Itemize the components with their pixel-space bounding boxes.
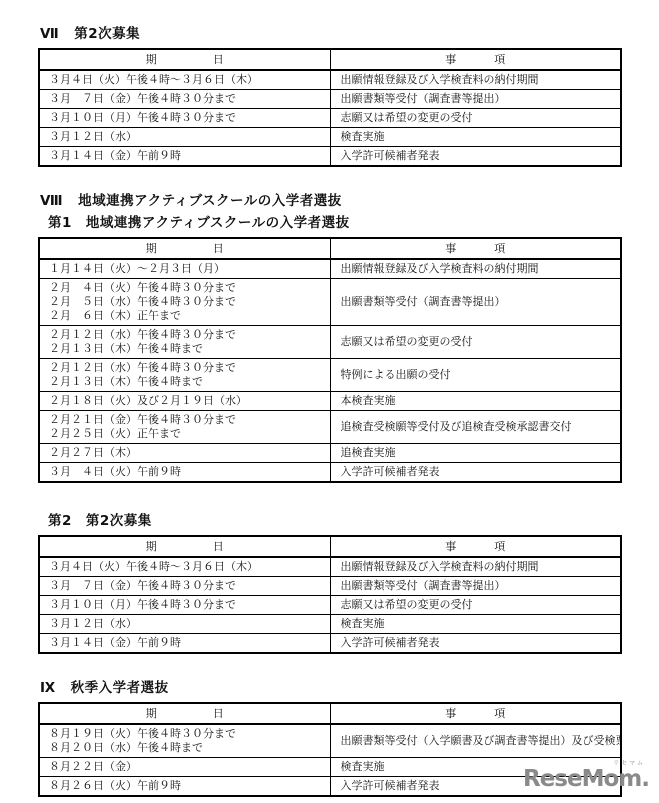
header-char: 日: [213, 540, 224, 554]
date-line: ８月２６日（火）午前９時: [49, 779, 326, 793]
page: Ⅶ第2次募集期日事項３月４日（火）午後４時～３月６日（木）出願情報登録及び入学検…: [0, 0, 659, 803]
date-cell: ２月２７日（木）: [39, 444, 330, 463]
item-cell: 本検査実施: [330, 392, 621, 411]
section-numeral: Ⅸ: [40, 680, 56, 696]
item-header-text: 事項: [331, 707, 621, 721]
header-char: 項: [494, 53, 505, 67]
table-row: ３月１０日（月）午後４時３０分まで志願又は希望の変更の受付: [39, 596, 621, 615]
item-cell: 出願情報登録及び入学検査料の納付期間: [330, 259, 621, 279]
resemom-logo: リセマム ReseMom.: [523, 761, 649, 791]
date-column-header: 期日: [39, 703, 330, 724]
date-header-text: 期日: [40, 707, 330, 721]
item-cell: 特例による出願の受付: [330, 359, 621, 392]
item-cell: 出願書類等受付（調査書等提出）: [330, 279, 621, 326]
date-line: ２月２５日（火）正午まで: [49, 427, 326, 441]
date-cell: １月１４日（火）～２月３日（月）: [39, 259, 330, 279]
item-cell: 入学許可候補者発表: [330, 147, 621, 167]
sub-heading: 第2第2次募集: [48, 513, 622, 529]
item-column-header: 事項: [330, 238, 621, 259]
date-line: ８月１９日（火）午後４時３０分まで: [49, 727, 326, 741]
date-line: ３月１４日（金）午前９時: [49, 636, 326, 650]
table-row: ８月１９日（火）午後４時３０分まで８月２０日（水）午後４時まで出願書類等受付（入…: [39, 724, 621, 758]
date-line: ３月 ７日（金）午後４時３０分まで: [49, 579, 326, 593]
item-cell: 検査実施: [330, 128, 621, 147]
item-cell: 追検査受検願等受付及び追検査受検承認書交付: [330, 411, 621, 444]
header-row: 期日事項: [39, 49, 621, 70]
date-header-text: 期日: [40, 53, 330, 67]
date-cell: ３月１０日（月）午後４時３０分まで: [39, 109, 330, 128]
table-row: ２月 ４日（火）午後４時３０分まで２月 ５日（水）午後４時３０分まで２月 ６日（…: [39, 279, 621, 326]
date-line: ３月４日（火）午後４時～３月６日（木）: [49, 560, 326, 574]
table-row: ３月４日（火）午後４時～３月６日（木）出願情報登録及び入学検査料の納付期間: [39, 557, 621, 577]
header-char: 項: [494, 707, 505, 721]
header-char: 日: [213, 707, 224, 721]
schedule-table: 期日事項１月１４日（火）～２月３日（月）出願情報登録及び入学検査料の納付期間２月…: [38, 237, 622, 483]
section-title: 第2次募集: [74, 26, 140, 42]
sub-heading: 第1地域連携アクティブスクールの入学者選抜: [48, 215, 622, 231]
sub-heading-label: 第2: [48, 513, 72, 529]
date-header-text: 期日: [40, 242, 330, 256]
date-cell: ２月２１日（金）午後４時３０分まで２月２５日（火）正午まで: [39, 411, 330, 444]
date-line: ２月１２日（水）午後４時３０分まで: [49, 361, 326, 375]
date-line: ３月 ７日（金）午後４時３０分まで: [49, 92, 326, 106]
header-char: 日: [213, 242, 224, 256]
logo-wordmark: ReseMom.: [523, 768, 649, 791]
table-row: ３月１２日（水）検査実施: [39, 615, 621, 634]
item-cell: 入学許可候補者発表: [330, 463, 621, 483]
table-row: ３月４日（火）午後４時～３月６日（木）出願情報登録及び入学検査料の納付期間: [39, 70, 621, 90]
table-row: ２月１８日（火）及び２月１９日（水）本検査実施: [39, 392, 621, 411]
date-cell: ２月 ４日（火）午後４時３０分まで２月 ５日（水）午後４時３０分まで２月 ６日（…: [39, 279, 330, 326]
item-cell: 検査実施: [330, 615, 621, 634]
item-cell: 志願又は希望の変更の受付: [330, 596, 621, 615]
date-header-text: 期日: [40, 540, 330, 554]
table-row: ３月１２日（水）検査実施: [39, 128, 621, 147]
item-cell: 志願又は希望の変更の受付: [330, 326, 621, 359]
section-numeral: Ⅶ: [40, 26, 59, 42]
date-cell: ３月１０日（月）午後４時３０分まで: [39, 596, 330, 615]
table-row: ２月２７日（木）追検査実施: [39, 444, 621, 463]
item-column-header: 事項: [330, 49, 621, 70]
table-row: ３月 ４日（火）午前９時入学許可候補者発表: [39, 463, 621, 483]
date-cell: ３月４日（火）午後４時～３月６日（木）: [39, 557, 330, 577]
date-line: ２月１２日（水）午後４時３０分まで: [49, 328, 326, 342]
date-line: ３月１０日（月）午後４時３０分まで: [49, 111, 326, 125]
schedule-table-head: 期日事項: [39, 238, 621, 259]
item-header-text: 事項: [331, 242, 621, 256]
table-row: ２月１２日（水）午後４時３０分まで２月１３日（木）午後４時まで志願又は希望の変更…: [39, 326, 621, 359]
table-row: ３月 ７日（金）午後４時３０分まで出願書類等受付（調査書等提出）: [39, 90, 621, 109]
date-line: ２月 ６日（木）正午まで: [49, 309, 326, 323]
schedule-table-body: ３月４日（火）午後４時～３月６日（木）出願情報登録及び入学検査料の納付期間３月 …: [39, 70, 621, 166]
schedule-table-head: 期日事項: [39, 703, 621, 724]
schedule-table-head: 期日事項: [39, 536, 621, 557]
date-line: ３月１４日（金）午前９時: [49, 149, 326, 163]
table-row: ２月１２日（水）午後４時３０分まで２月１３日（木）午後４時まで特例による出願の受…: [39, 359, 621, 392]
section-heading: Ⅸ秋季入学者選抜: [40, 680, 622, 696]
item-cell: 入学許可候補者発表: [330, 634, 621, 654]
date-column-header: 期日: [39, 49, 330, 70]
item-header-text: 事項: [331, 53, 621, 67]
sub-heading-title: 地域連携アクティブスクールの入学者選抜: [86, 215, 350, 231]
header-char: 事: [445, 242, 456, 256]
item-cell: 出願書類等受付（調査書等提出）: [330, 577, 621, 596]
schedule-table-head: 期日事項: [39, 49, 621, 70]
header-char: 期: [146, 53, 157, 67]
table-row: １月１４日（火）～２月３日（月）出願情報登録及び入学検査料の納付期間: [39, 259, 621, 279]
schedule-table: 期日事項３月４日（火）午後４時～３月６日（木）出願情報登録及び入学検査料の納付期…: [38, 48, 622, 167]
section-title: 秋季入学者選抜: [71, 680, 169, 696]
date-cell: ８月２６日（火）午前９時: [39, 777, 330, 797]
header-char: 期: [146, 707, 157, 721]
date-cell: ３月 ７日（金）午後４時３０分まで: [39, 90, 330, 109]
date-cell: ３月４日（火）午後４時～３月６日（木）: [39, 70, 330, 90]
date-column-header: 期日: [39, 536, 330, 557]
header-row: 期日事項: [39, 536, 621, 557]
date-line: １月１４日（火）～２月３日（月）: [49, 262, 326, 276]
date-cell: ３月１４日（金）午前９時: [39, 147, 330, 167]
date-line: ３月４日（火）午後４時～３月６日（木）: [49, 73, 326, 87]
item-column-header: 事項: [330, 703, 621, 724]
schedule-table-body: ３月４日（火）午後４時～３月６日（木）出願情報登録及び入学検査料の納付期間３月 …: [39, 557, 621, 653]
section-heading: Ⅷ地域連携アクティブスクールの入学者選抜: [40, 193, 622, 209]
date-cell: ２月１８日（火）及び２月１９日（水）: [39, 392, 330, 411]
date-line: ２月１３日（木）午後４時まで: [49, 342, 326, 356]
date-cell: ３月１２日（水）: [39, 615, 330, 634]
item-cell: 志願又は希望の変更の受付: [330, 109, 621, 128]
table-row: ３月１４日（金）午前９時入学許可候補者発表: [39, 147, 621, 167]
date-line: ３月１２日（水）: [49, 617, 326, 631]
header-row: 期日事項: [39, 703, 621, 724]
section-numeral: Ⅷ: [40, 193, 63, 209]
date-line: ２月１８日（火）及び２月１９日（水）: [49, 394, 326, 408]
date-column-header: 期日: [39, 238, 330, 259]
date-line: ２月１３日（木）午後４時まで: [49, 375, 326, 389]
schedule-table-body: １月１４日（火）～２月３日（月）出願情報登録及び入学検査料の納付期間２月 ４日（…: [39, 259, 621, 482]
date-line: ３月１２日（水）: [49, 130, 326, 144]
section-heading: Ⅶ第2次募集: [40, 26, 622, 42]
sub-heading-title: 第2次募集: [86, 513, 152, 529]
header-char: 期: [146, 540, 157, 554]
section-title: 地域連携アクティブスクールの入学者選抜: [78, 193, 342, 209]
schedule-table: 期日事項３月４日（火）午後４時～３月６日（木）出願情報登録及び入学検査料の納付期…: [38, 535, 622, 654]
header-char: 期: [146, 242, 157, 256]
date-cell: ８月２２日（金）: [39, 758, 330, 777]
date-cell: ２月１２日（水）午後４時３０分まで２月１３日（木）午後４時まで: [39, 359, 330, 392]
date-cell: ３月 ４日（火）午前９時: [39, 463, 330, 483]
date-cell: ２月１２日（水）午後４時３０分まで２月１３日（木）午後４時まで: [39, 326, 330, 359]
date-line: ２月２１日（金）午後４時３０分まで: [49, 413, 326, 427]
date-line: ３月１０日（月）午後４時３０分まで: [49, 598, 326, 612]
item-cell: 出願書類等受付（調査書等提出）: [330, 90, 621, 109]
header-char: 項: [494, 540, 505, 554]
date-cell: ３月 ７日（金）午後４時３０分まで: [39, 577, 330, 596]
date-line: ２月２７日（木）: [49, 446, 326, 460]
table-row: ２月２１日（金）午後４時３０分まで２月２５日（火）正午まで追検査受検願等受付及び…: [39, 411, 621, 444]
header-row: 期日事項: [39, 238, 621, 259]
date-line: ２月 ５日（水）午後４時３０分まで: [49, 295, 326, 309]
sub-heading-label: 第1: [48, 215, 72, 231]
header-char: 日: [213, 53, 224, 67]
item-cell: 追検査実施: [330, 444, 621, 463]
document-content: Ⅶ第2次募集期日事項３月４日（火）午後４時～３月６日（木）出願情報登録及び入学検…: [38, 26, 622, 797]
date-cell: ８月１９日（火）午後４時３０分まで８月２０日（水）午後４時まで: [39, 724, 330, 758]
item-cell: 出願情報登録及び入学検査料の納付期間: [330, 70, 621, 90]
item-cell: 出願書類等受付（入学願書及び調査書等提出）及び受検票等交付: [330, 724, 621, 758]
date-line: ８月２０日（水）午後４時まで: [49, 741, 326, 755]
date-cell: ３月１２日（水）: [39, 128, 330, 147]
item-cell: 出願情報登録及び入学検査料の納付期間: [330, 557, 621, 577]
item-header-text: 事項: [331, 540, 621, 554]
item-column-header: 事項: [330, 536, 621, 557]
date-line: ２月 ４日（火）午後４時３０分まで: [49, 281, 326, 295]
date-line: ８月２２日（金）: [49, 760, 326, 774]
table-row: ３月１４日（金）午前９時入学許可候補者発表: [39, 634, 621, 654]
header-char: 事: [445, 53, 456, 67]
header-char: 項: [494, 242, 505, 256]
header-char: 事: [445, 707, 456, 721]
date-cell: ３月１４日（金）午前９時: [39, 634, 330, 654]
table-row: ３月 ７日（金）午後４時３０分まで出願書類等受付（調査書等提出）: [39, 577, 621, 596]
date-line: ３月 ４日（火）午前９時: [49, 465, 326, 479]
header-char: 事: [445, 540, 456, 554]
table-row: ３月１０日（月）午後４時３０分まで志願又は希望の変更の受付: [39, 109, 621, 128]
